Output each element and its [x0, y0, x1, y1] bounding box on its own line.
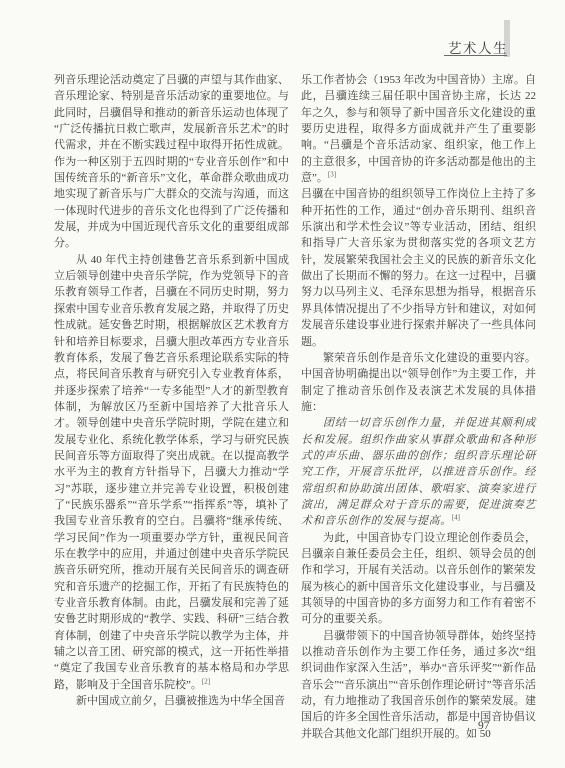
header-label: 艺术人生	[448, 37, 508, 57]
footnote-ref: [2]	[202, 677, 210, 685]
text-segment: 列音乐理论活动奠定了吕骥的声望与其作曲家、音乐理论家、特别是音乐活动家的重要地位…	[54, 74, 289, 249]
left-column: 列音乐理论活动奠定了吕骥的声望与其作曲家、音乐理论家、特别是音乐活动家的重要地位…	[54, 72, 289, 742]
text-area: 列音乐理论活动奠定了吕骥的声望与其作曲家、音乐理论家、特别是音乐活动家的重要地位…	[54, 72, 536, 742]
footnote-ref: [4]	[452, 514, 460, 522]
paragraph: 新中国成立前夕，吕骥被推选为中华全国音	[54, 693, 289, 709]
header-rule	[444, 55, 507, 56]
right-column: 乐工作者协会（1953 年改为中国音协）主席。自此，吕骥连续三届任职中国音协主席…	[301, 72, 536, 742]
text-segment: 繁荣音乐创作是音乐文化建设的重要内容。中国音协明确提出以“领导创作”为主要工作，…	[301, 352, 536, 413]
page-header: 艺术人生	[444, 20, 510, 58]
paragraph: 为此，中国音协专门设立理论创作委员会，吕骥亲自兼任委员会主任，组织、领导会员的创…	[301, 530, 536, 628]
text-segment: 团结一切音乐创作力量，并促进其顺利成长和发展。组织作曲家从事群众歌曲和各种形式的…	[301, 417, 536, 527]
footnote-ref: [3]	[328, 170, 336, 178]
paragraph: 繁荣音乐创作是音乐文化建设的重要内容。中国音协明确提出以“领导创作”为主要工作，…	[301, 350, 536, 415]
paragraph: 乐工作者协会（1953 年改为中国音协）主席。自此，吕骥连续三届任职中国音协主席…	[301, 72, 536, 186]
page-number: 97	[478, 720, 490, 732]
block-quote: 团结一切音乐创作力量，并促进其顺利成长和发展。组织作曲家从事群众歌曲和各种形式的…	[301, 415, 536, 529]
text-segment: 为此，中国音协专门设立理论创作委员会，吕骥亲自兼任委员会主任，组织、领导会员的创…	[301, 532, 536, 626]
text-segment: 新中国成立前夕，吕骥被推选为中华全国音	[76, 695, 285, 707]
text-segment: 吕骥在中国音协的组织领导工作岗位上主持了多种开拓性的工作，通过“创办音乐期刊、组…	[301, 188, 536, 347]
text-segment: 吕骥带领下的中国音协领导群体，始终坚持以推动音乐创作为主要工作任务，通过多次“组…	[301, 630, 536, 740]
paragraph: 吕骥在中国音协的组织领导工作岗位上主持了多种开拓性的工作，通过“创办音乐期刊、组…	[301, 186, 536, 349]
paragraph: 从 40 年代主持创建鲁艺音乐系到新中国成立后领导创建中央音乐学院，作为党领导下…	[54, 252, 289, 693]
text-segment: 乐工作者协会（1953 年改为中国音协）主席。自此，吕骥连续三届任职中国音协主席…	[301, 74, 536, 184]
paragraph: 吕骥带领下的中国音协领导群体，始终坚持以推动音乐创作为主要工作任务，通过多次“组…	[301, 628, 536, 742]
text-segment: 从 40 年代主持创建鲁艺音乐系到新中国成立后领导创建中央音乐学院，作为党领导下…	[54, 254, 289, 691]
paragraph: 列音乐理论活动奠定了吕骥的声望与其作曲家、音乐理论家、特别是音乐活动家的重要地位…	[54, 72, 289, 252]
scanned-book-page: { "page": { "header_label": "艺术人生", "pag…	[0, 0, 565, 768]
